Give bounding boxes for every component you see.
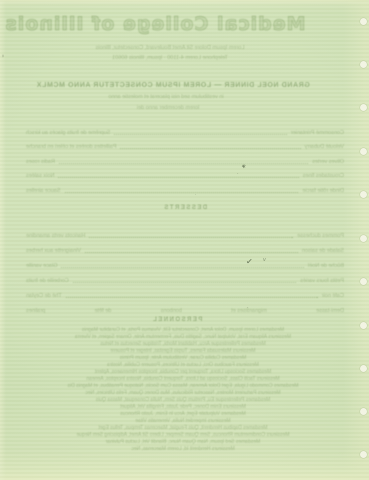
punch-hole [360, 365, 367, 372]
pen-mark-dot: · [195, 193, 196, 197]
pen-mark-tick: v [263, 258, 266, 263]
punch-hole [360, 322, 367, 329]
pen-marks-layer: ∗ · ✓ v · · = [0, 0, 369, 480]
pen-mark-dot: · [247, 306, 249, 311]
pen-mark-check: ✓ [246, 258, 254, 267]
punch-hole [360, 148, 367, 155]
edge-smudge: = [0, 54, 5, 58]
scanned-page: Medical College of Illinois Lorem Ipsum … [0, 0, 369, 480]
punch-hole [360, 408, 367, 415]
punch-hole [360, 235, 367, 242]
punch-hole [360, 278, 367, 285]
pen-mark-dot: · [237, 172, 239, 177]
punch-hole [360, 18, 367, 25]
punch-hole [360, 191, 367, 198]
pen-mark-asterisk: ∗ [240, 164, 246, 171]
punch-hole [360, 451, 367, 458]
punch-hole [360, 104, 367, 111]
punch-hole [360, 61, 367, 68]
